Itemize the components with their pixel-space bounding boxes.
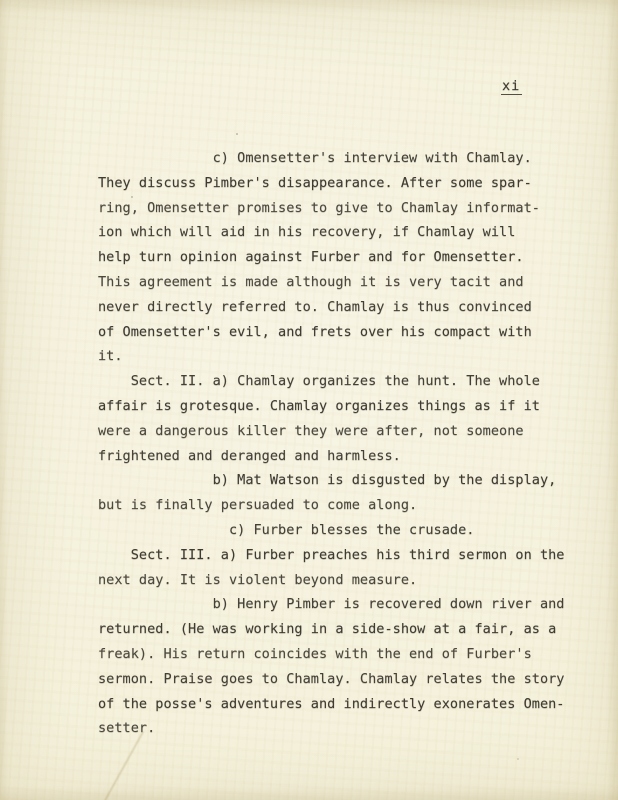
typed-line: Sect. III. a) Furber preaches his third … — [98, 543, 565, 568]
typed-line: but is finally persuaded to come along. — [98, 493, 565, 518]
typed-line: affair is grotesque. Chamlay organizes t… — [98, 394, 565, 419]
typed-line: c) Furber blesses the crusade. — [98, 518, 565, 543]
typed-line: it. — [98, 344, 565, 369]
paper-crease — [101, 731, 144, 800]
typed-line: Sect. II. a) Chamlay organizes the hunt.… — [98, 369, 565, 394]
typed-line: were a dangerous killer they were after,… — [98, 419, 565, 444]
typed-line: frightened and deranged and harmless. — [98, 444, 565, 469]
typed-line: c) Omensetter's interview with Chamlay. — [98, 146, 565, 171]
typed-line: b) Mat Watson is disgusted by the displa… — [98, 468, 565, 493]
typed-line: returned. (He was working in a side-show… — [98, 617, 565, 642]
paper-speck — [517, 758, 519, 760]
typed-line: of Omensetter's evil, and frets over his… — [98, 320, 565, 345]
typed-line: b) Henry Pimber is recovered down river … — [98, 592, 565, 617]
typed-line: freak). His return coincides with the en… — [98, 642, 565, 667]
document-page: xi c) Omensetter's interview with Chamla… — [0, 0, 618, 800]
typed-line: never directly referred to. Chamlay is t… — [98, 295, 565, 320]
page-number: xi — [501, 79, 522, 95]
typed-line: setter. — [98, 716, 565, 741]
typed-line: ion which will aid in his recovery, if C… — [98, 220, 565, 245]
typed-line: This agreement is made although it is ve… — [98, 270, 565, 295]
typed-line: next day. It is violent beyond measure. — [98, 568, 565, 593]
typed-line: They discuss Pimber's disappearance. Aft… — [98, 171, 565, 196]
paper-speck — [131, 196, 133, 198]
typed-line: sermon. Praise goes to Chamlay. Chamlay … — [98, 667, 565, 692]
paper-speck — [236, 133, 238, 135]
typed-line: help turn opinion against Furber and for… — [98, 245, 565, 270]
typed-line: ring, Omensetter promises to give to Cha… — [98, 196, 565, 221]
typed-line: of the posse's adventures and indirectly… — [98, 692, 565, 717]
typed-text-block: c) Omensetter's interview with Chamlay.T… — [98, 146, 565, 741]
